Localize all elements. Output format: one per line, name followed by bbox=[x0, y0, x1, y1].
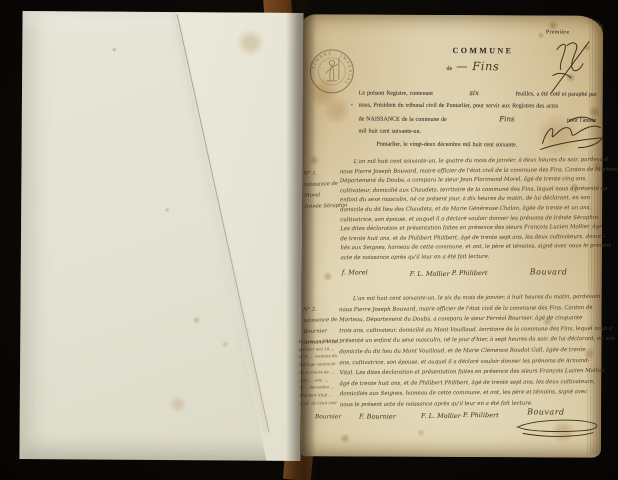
signature-father-bournier: F. Bournier bbox=[359, 413, 396, 421]
mayor-signature-flourish bbox=[513, 415, 601, 444]
signature-father-morel: f. Morel bbox=[342, 268, 368, 276]
commune-name: — Fins bbox=[456, 59, 499, 73]
commune-title: COMMUNE bbox=[423, 46, 543, 56]
entry-1-body: L'an mil huit cent soixante-un, le quatr… bbox=[340, 156, 603, 264]
register-page: TIMBRE · IMPÉRIAL Première bbox=[301, 14, 603, 458]
register-line3-before: de NAISSANCE de la commune de bbox=[359, 113, 447, 126]
commune-prefix: de bbox=[446, 66, 452, 72]
signature-witness-mollier: F. L. Mollier bbox=[410, 270, 450, 278]
entry-2-body: L'an mil huit cent soixante-un, le six d… bbox=[339, 292, 602, 411]
birth-entry-2: N° 2.naissance deBournierArmand-Vital Pa… bbox=[301, 290, 602, 452]
imperial-stamp-icon: TIMBRE · IMPÉRIAL bbox=[307, 46, 357, 101]
signature-bournier-small: Bournier bbox=[315, 414, 341, 420]
commune-name-line: de — Fins bbox=[413, 57, 533, 76]
left-blank-page bbox=[19, 11, 303, 461]
entry-text-line: acte de naissance après qu'il leur en a … bbox=[341, 252, 603, 264]
register-line-1: Le présent Registre, contenant six feuil… bbox=[359, 87, 597, 102]
scanned-register-page: TIMBRE · IMPÉRIAL Première bbox=[0, 0, 618, 480]
signature-mayor-bouvard: Bouvard bbox=[530, 267, 568, 276]
register-line-2: nous, Président du tribunal civil de Pon… bbox=[359, 100, 597, 114]
birth-entry-1: N° 1.naissance deMorelIrénée Séraphin L'… bbox=[302, 154, 603, 288]
margin-dash: - bbox=[351, 100, 353, 108]
commune-name-handwritten: Fins bbox=[499, 113, 514, 125]
sheet-count-handwritten: six bbox=[469, 87, 479, 99]
signature-witness-philibert: P. Philibert bbox=[463, 411, 499, 419]
register-line1-before: Le présent Registre, contenant bbox=[359, 88, 433, 101]
signature-witness-mollier: F. L. Mollier bbox=[421, 412, 461, 420]
signature-witness-philibert: P. Philibert bbox=[452, 269, 488, 277]
register-line1-after: feuilles, a été coté et paraphé par bbox=[515, 88, 596, 101]
